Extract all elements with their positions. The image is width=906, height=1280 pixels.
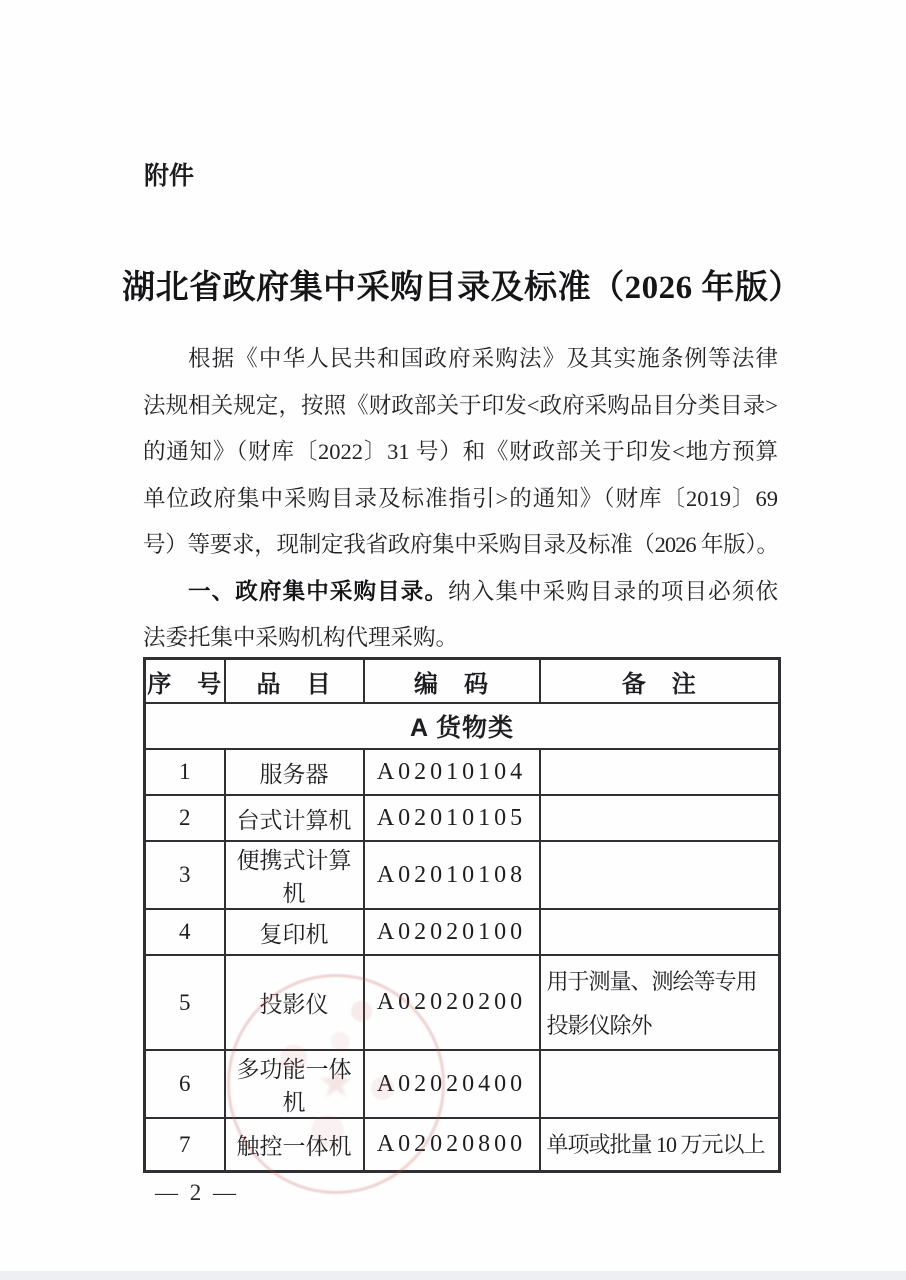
code-cell: A02010105 [364, 795, 540, 841]
remark-cell: 单项或批量 10 万元以上 [540, 1118, 780, 1172]
section-heading-line: 一、政府集中采购目录。纳入集中采购目录的项目必须依 [143, 569, 778, 616]
serial-cell: 1 [145, 749, 225, 795]
paragraph-line: 法规相关规定，按照《财政部关于印发<政府采购品目分类目录> [143, 383, 778, 430]
attachment-label: 附件 [144, 156, 194, 192]
remark-cell [540, 749, 780, 795]
document-page: 附件 湖北省政府集中采购目录及标准（2026 年版） 根据《中华人民共和国政府采… [0, 0, 906, 1280]
item-cell: 台式计算机 [225, 795, 364, 841]
table-row: 1 服务器 A02010104 [145, 749, 780, 795]
code-cell: A02020100 [364, 909, 540, 955]
serial-cell: 2 [145, 795, 225, 841]
scan-edge [0, 1271, 906, 1280]
remark-cell [540, 1050, 780, 1118]
column-header-code: 编 码 [364, 659, 540, 704]
remark-cell [540, 795, 780, 841]
seal-star-icon: ★ [317, 1058, 355, 1108]
paragraph-line: 单位政府集中采购目录及标准指引>的通知》（财库〔2019〕69 [143, 476, 778, 523]
remark-cell [540, 909, 780, 955]
column-header-item: 品 目 [225, 659, 364, 704]
page-title: 湖北省政府集中采购目录及标准（2026 年版） [9, 261, 906, 308]
serial-cell: 3 [145, 841, 225, 909]
remark-cell: 用于测量、测绘等专用投影仪除外 [540, 955, 780, 1050]
section-heading-rest: 纳入集中采购目录的项目必须依 [448, 579, 778, 604]
serial-cell: 5 [145, 955, 225, 1050]
paragraph-line: 根据《中华人民共和国政府采购法》及其实施条例等法律 [143, 336, 778, 383]
remark-cell [540, 841, 780, 909]
column-header-remark: 备 注 [540, 659, 780, 704]
category-label: A 货物类 [145, 703, 780, 749]
item-cell: 服务器 [225, 749, 364, 795]
item-cell: 便携式计算机 [225, 841, 364, 909]
section-heading-bold: 一、政府集中采购目录。 [188, 579, 448, 604]
serial-cell: 4 [145, 909, 225, 955]
column-header-no: 序 号 [145, 659, 225, 704]
page-number: — 2 — [155, 1180, 239, 1206]
table-header-row: 序 号 品 目 编 码 备 注 [145, 659, 780, 704]
category-row: A 货物类 [145, 703, 780, 749]
section-heading-line2: 法委托集中采购机构代理采购。 [143, 615, 778, 662]
table-row: 2 台式计算机 A02010105 [145, 795, 780, 841]
table-row: 3 便携式计算机 A02010108 [145, 841, 780, 909]
body-paragraph: 根据《中华人民共和国政府采购法》及其实施条例等法律 法规相关规定，按照《财政部关… [143, 336, 778, 662]
serial-cell: 7 [145, 1118, 225, 1172]
item-cell: 复印机 [225, 909, 364, 955]
table-row: 4 复印机 A02020100 [145, 909, 780, 955]
paragraph-line: 号）等要求，现制定我省政府集中采购目录及标准（2026 年版）。 [143, 522, 778, 569]
paragraph-line: 的通知》（财库〔2022〕31 号）和《财政部关于印发<地方预算 [143, 429, 778, 476]
code-cell: A02010104 [364, 749, 540, 795]
serial-cell: 6 [145, 1050, 225, 1118]
code-cell: A02010108 [364, 841, 540, 909]
official-seal: ★ [227, 974, 445, 1194]
